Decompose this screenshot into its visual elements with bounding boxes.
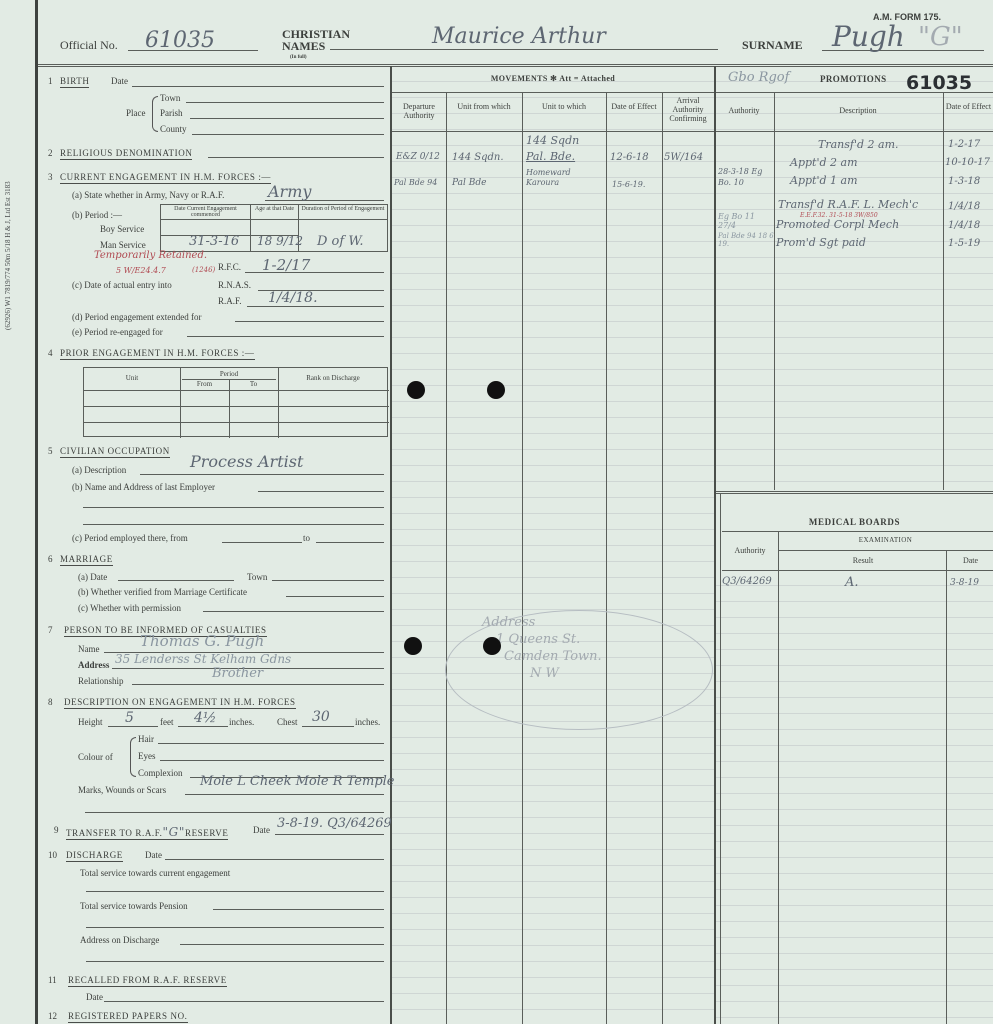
service-branch-label: (a) State whether in Army, Navy or R.A.F… [72,190,224,200]
rfc-label: R.F.C. [218,262,241,272]
eyes-label: Eyes [138,751,156,761]
section-2-num: 2 [48,148,53,158]
contact-address-value: 35 Lenderss St Kelham Gdns [115,652,291,666]
section-civilian-title: CIVILIAN OCCUPATION [60,446,170,458]
period-employed-label: (c) Period employed there, from [72,533,188,543]
col-medical-authority: Authority [722,546,778,555]
christian-names-value: Maurice Arthur [432,24,606,49]
period-label: (b) Period :— [72,210,122,220]
punch-hole [487,381,505,399]
man-service-duration: D of W. [317,234,364,249]
chest-label: Chest [277,717,298,727]
col-medical-date: Date [948,556,993,565]
raf-value: 1/4/18. [268,290,318,306]
total-current-label: Total service towards current engagement [80,868,230,878]
section-registered-title: REGISTERED PAPERS No. [68,1011,188,1023]
rfc-value: 1-2/17 [262,256,310,274]
man-service-age: 18 9/12 [257,234,303,248]
birth-county-label: County [160,124,187,134]
reengaged-label: (e) Period re-engaged for [72,327,163,337]
section-description-title: DESCRIPTION ON ENGAGEMENT IN H.M. FORCES [64,697,296,709]
section-transfer-title: TRANSFER TO R.A.F."G"RESERVE [66,825,228,840]
birth-town-label: Town [160,93,180,103]
birth-place-label: Place [126,108,146,118]
col-promo-date: Date of Effect [944,102,993,111]
col-unit-to: Unit to which [522,102,606,111]
section-recalled-title: RECALLED FROM R.A.F. RESERVE [68,975,227,987]
section-12-num: 12 [48,1011,57,1021]
boy-service-label: Boy Service [100,224,144,234]
section-3-num: 3 [48,172,53,182]
punch-hole [407,381,425,399]
section-6-num: 6 [48,554,53,564]
contact-name-label: Name [78,644,100,654]
section-prior-engagement-title: PRIOR ENGAGEMENT IN H.M. FORCES :— [60,348,255,360]
surname-label: SURNAME [742,38,803,53]
movements-panel [392,66,714,1024]
period-table: Date Current Engagement commenced Age at… [160,204,388,252]
official-no-label: Official No. [60,38,118,53]
section-birth-title: BIRTH [60,76,89,88]
transfer-date-value: 3-8-19. Q3/64269 [277,816,392,831]
temporarily-retained-note: Temporarily Retained. [94,250,207,261]
contact-relationship-label: Relationship [78,676,124,686]
period-employed-to-label: to [303,533,310,543]
discharge-date-label: Date [145,850,162,860]
transfer-date-label: Date [253,825,270,835]
medical-title: MEDICAL BOARDS [716,517,993,527]
service-branch-value: Army [268,182,311,201]
chest-inches-label: inches. [355,717,380,727]
section-9-num: 9 [54,825,59,835]
official-no-value: 61035 [145,28,215,53]
inches-label: inches. [229,717,254,727]
section-4-num: 4 [48,348,53,358]
movements-title: MOVEMENTS ✻ Att = Attached [392,74,714,83]
col-unit-from: Unit from which [446,102,522,111]
chest-value: 30 [312,709,330,725]
christian-names-label: CHRISTIAN NAMES (In full) [282,28,350,64]
last-employer-label: (b) Name and Address of last Employer [72,482,215,492]
marriage-date-label: (a) Date [78,572,107,582]
marks-value: Mole L Cheek Mole R Temple [200,774,395,789]
punch-hole [404,637,422,655]
section-current-engagement-title: CURRENT ENGAGEMENT IN H.M. FORCES :— [60,172,271,184]
birth-parish-label: Parish [160,108,183,118]
col-arrival-authority: Arrival Authority Confirming [662,96,714,123]
stamp-number: 61035 [906,72,972,94]
col-departure-authority: Departure Authority [392,102,446,120]
complexion-label: Complexion [138,768,183,778]
col-medical-examination: EXAMINATION [778,536,993,544]
medical-rows-area [716,570,993,1024]
section-religion-title: RELIGIOUS DENOMINATION [60,148,192,160]
section-7-num: 7 [48,625,53,635]
col-date-of-effect: Date of Effect [606,102,662,111]
colour-of-label: Colour of [78,752,113,762]
man-service-label: Man Service [100,240,146,250]
page-border-left [35,0,38,1024]
raf-label: R.A.F. [218,296,242,306]
extended-label: (d) Period engagement extended for [72,312,201,322]
marriage-permission-label: (c) Whether with permission [78,603,181,613]
brace [152,96,158,132]
occupation-description-label: (a) Description [72,465,126,475]
actual-entry-label: (c) Date of actual entry into [72,280,172,290]
marriage-town-label: Town [247,572,267,582]
surname-value: Pugh [832,20,905,53]
section-marriage-title: MARRIAGE [60,554,113,566]
height-inches-value: 4½ [194,710,216,726]
promotions-title: PROMOTIONS [820,74,887,84]
section-10-num: 10 [48,850,57,860]
col-promo-authority: Authority [716,106,772,115]
punch-hole [483,637,501,655]
height-feet-value: 5 [125,710,134,726]
address-on-discharge-label: Address on Discharge [80,935,159,945]
total-pension-label: Total service towards Pension [80,901,188,911]
man-service-date: 31-3-16 [189,234,239,249]
promotions-annotation: Gbo Rgof [728,70,789,85]
occupation-description-value: Process Artist [190,452,303,471]
section-5-num: 5 [48,446,53,456]
printer-imprint: (62926) W1 7819/774 50m 5/18 H & J, Ltd … [4,20,34,340]
surname-annotation: "G" [918,22,963,52]
prior-engagement-table: Unit Period From To Rank on Discharge [83,367,388,437]
col-medical-result: Result [778,556,948,565]
brace [130,737,136,777]
recalled-date-label: Date [86,992,103,1002]
red-note-3: (1246) [192,266,215,274]
hair-label: Hair [138,734,154,744]
marks-label: Marks, Wounds or Scars [78,785,166,795]
section-discharge-title: DISCHARGE [66,850,123,862]
section-8-num: 8 [48,697,53,707]
birth-date-label: Date [111,76,128,86]
contact-address-label: Address [78,660,109,670]
red-note-2: 5 W/E24.4.7 [116,266,166,275]
marriage-certificate-label: (b) Whether verified from Marriage Certi… [78,587,247,597]
height-label: Height [78,717,103,727]
section-1-num: 1 [48,76,53,86]
col-promo-description: Description [774,106,942,115]
contact-name-value: Thomas G. Pugh [140,632,264,650]
rnas-label: R.N.A.S. [218,280,251,290]
feet-label: feet [160,717,174,727]
section-11-num: 11 [48,975,57,985]
contact-relationship-value: Brother [212,666,263,681]
